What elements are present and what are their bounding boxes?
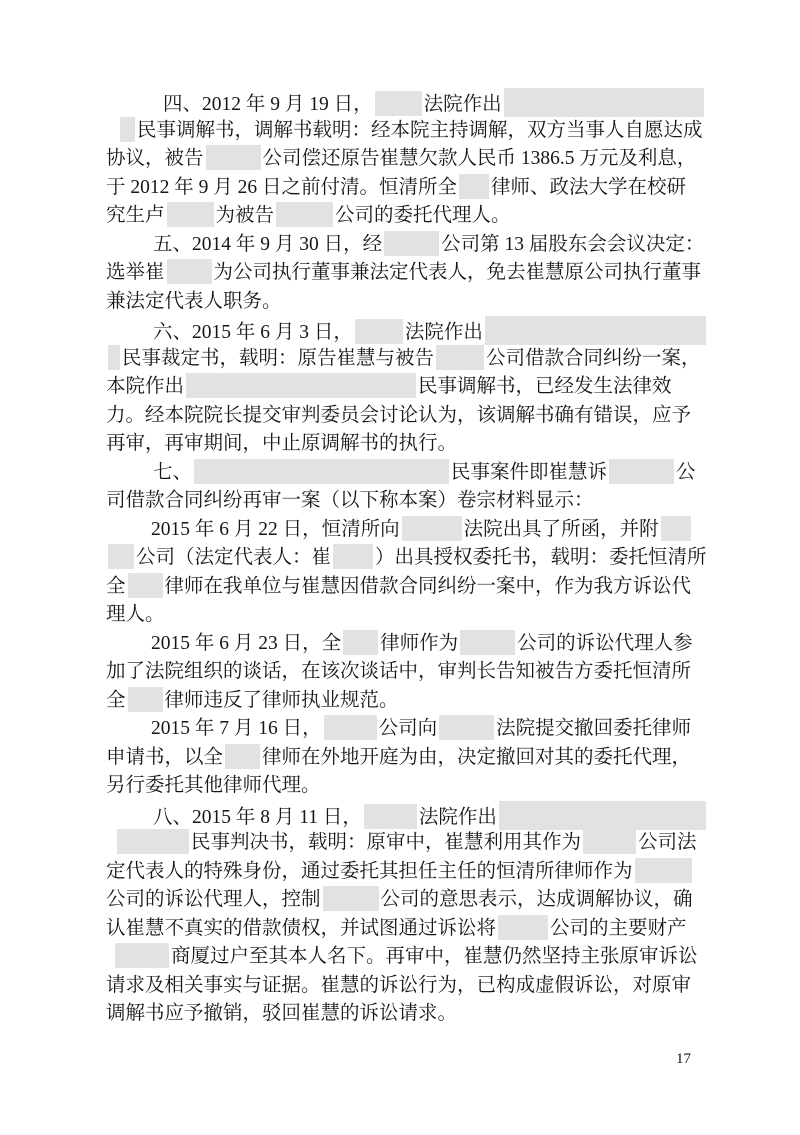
- text-segment: 公司法: [638, 832, 697, 853]
- redaction-box: [485, 316, 706, 345]
- text-line: 协议，被告公司偿还原告崔慧欠款人民币 1386.5 万元及利息，: [106, 145, 706, 174]
- text-segment: 认崔慧不真实的借款债权，并试图通过诉讼将: [106, 918, 496, 939]
- text-line: 请求及相关事实与证据。崔慧的诉讼行为，已构成虚假诉讼，对原审: [106, 972, 706, 1001]
- redaction-box: [439, 715, 494, 740]
- redaction-box: [167, 202, 214, 227]
- text-segment: 法院提交撤回委托律师: [496, 718, 691, 739]
- text-segment: 为公司执行董事兼法定代表人，免去崔慧原公司执行董事: [214, 262, 702, 283]
- redaction-box: [635, 858, 692, 883]
- text-segment: 2015 年 6 月 23 日，全: [151, 633, 341, 654]
- document-page: 四、2012 年 9 月 19 日，法院作出民事调解书，调解书载明：经本院主持调…: [0, 0, 800, 1135]
- redaction-box: [108, 544, 134, 569]
- text-segment: 公司向: [379, 718, 438, 739]
- text-segment: 公司的委托代理人。: [335, 205, 511, 226]
- text-segment: 民事判决书，载明：原审中，崔慧利用其作为: [191, 832, 581, 853]
- text-segment: 七、: [153, 462, 192, 483]
- redaction-box: [186, 373, 416, 398]
- text-segment: 申请书，以全: [106, 747, 223, 768]
- text-line: 另行委托其他律师代理。: [106, 772, 706, 801]
- document-body: 四、2012 年 9 月 19 日，法院作出民事调解书，调解书载明：经本院主持调…: [106, 88, 706, 1029]
- text-segment: 四、2012 年 9 月 19 日，: [163, 94, 373, 115]
- text-segment: 力。经本院院长提交审判委员会讨论认为，该调解书确有错误，应予: [106, 405, 691, 426]
- redaction-box: [225, 744, 260, 769]
- text-line: 民事裁定书，载明：原告崔慧与被告公司借款合同纠纷一案，: [106, 345, 706, 374]
- text-segment: 律师在我单位与崔慧因借款合同纠纷一案中，作为我方诉讼代: [165, 576, 692, 597]
- text-line: 七、民事案件即崔慧诉公: [106, 459, 706, 488]
- text-segment: 公司的诉讼代理人参: [517, 633, 693, 654]
- text-segment: 2015 年 7 月 16 日，: [151, 718, 322, 739]
- redaction-box: [333, 544, 373, 569]
- text-segment: 八、2015 年 8 月 11 日，: [153, 807, 362, 828]
- text-segment: 全: [106, 576, 126, 597]
- text-segment: 民事裁定书，载明：原告崔慧与被告: [122, 348, 434, 369]
- text-segment: 法院作出: [405, 322, 483, 343]
- text-line: 民事判决书，载明：原审中，崔慧利用其作为公司法: [106, 829, 706, 858]
- redaction-box: [384, 231, 439, 256]
- text-line: 力。经本院院长提交审判委员会讨论认为，该调解书确有错误，应予: [106, 402, 706, 431]
- text-segment: 民事案件即崔慧诉: [451, 462, 607, 483]
- text-line: 全律师在我单位与崔慧因借款合同纠纷一案中，作为我方诉讼代: [106, 573, 706, 602]
- text-line: 定代表人的特殊身份，通过委托其担任主任的恒清所律师作为: [106, 858, 706, 887]
- redaction-box: [128, 687, 163, 712]
- text-line: 八、2015 年 8 月 11 日，法院作出: [106, 801, 706, 830]
- redaction-box: [375, 91, 422, 116]
- text-segment: 法院出具了所函，并附: [464, 519, 659, 540]
- text-line: 再审，再审期间，中止原调解书的执行。: [106, 430, 706, 459]
- text-line: 公司的诉讼代理人，控制公司的意思表示，达成调解协议，确: [106, 886, 706, 915]
- text-segment: 调解书应予撤销，驳回崔慧的诉讼请求。: [106, 1003, 457, 1024]
- text-line: 六、2015 年 6 月 3 日，法院作出: [106, 316, 706, 345]
- redaction-box: [459, 174, 489, 199]
- text-segment: 公司偿还原告崔慧欠款人民币 1386.5 万元及利息，: [263, 148, 697, 169]
- text-line: 全律师违反了律师执业规范。: [106, 687, 706, 716]
- text-segment: 公司的诉讼代理人，控制: [106, 889, 321, 910]
- redaction-box: [609, 459, 674, 484]
- text-segment: 五、2014 年 9 月 30 日，经: [153, 234, 382, 255]
- text-segment: ）出具授权委托书，载明：委托恒清所: [375, 547, 706, 568]
- text-segment: 民事调解书，调解书载明：经本院主持调解，双方当事人自愿达成: [137, 120, 703, 141]
- redaction-box: [355, 319, 403, 344]
- redaction-box: [504, 88, 704, 117]
- redaction-box: [276, 202, 333, 227]
- text-segment: 理人。: [106, 604, 165, 625]
- text-segment: 再审，再审期间，中止原调解书的执行。: [106, 433, 457, 454]
- text-segment: 公司借款合同纠纷一案，: [486, 348, 701, 369]
- text-segment: 究生卢: [106, 205, 165, 226]
- text-line: 民事调解书，调解书载明：经本院主持调解，双方当事人自愿达成: [106, 117, 706, 146]
- text-segment: 民事调解书，已经发生法律效: [418, 376, 672, 397]
- text-line: 理人。: [106, 601, 706, 630]
- text-segment: 公: [676, 462, 696, 483]
- text-line: 究生卢为被告公司的委托代理人。: [106, 202, 706, 231]
- text-segment: 法院作出: [424, 94, 502, 115]
- text-line: 兼法定代表人职务。: [106, 288, 706, 317]
- redaction-box: [499, 801, 706, 830]
- redaction-box: [194, 459, 449, 484]
- redaction-box: [120, 117, 135, 142]
- text-segment: 选举崔: [106, 262, 165, 283]
- text-line: 调解书应予撤销，驳回崔慧的诉讼请求。: [106, 1000, 706, 1029]
- text-segment: 公司的主要财产: [550, 918, 687, 939]
- redaction-box: [206, 145, 261, 170]
- text-line: 加了法院组织的谈话，在该次谈话中，审判长告知被告方委托恒清所: [106, 658, 706, 687]
- text-segment: 2015 年 6 月 22 日，恒清所向: [151, 519, 400, 540]
- text-segment: 另行委托其他律师代理。: [106, 775, 321, 796]
- text-line: 五、2014 年 9 月 30 日，经公司第 13 届股东会会议决定：: [106, 231, 706, 260]
- text-segment: 律师作为: [380, 633, 458, 654]
- text-segment: 请求及相关事实与证据。崔慧的诉讼行为，已构成虚假诉讼，对原审: [106, 975, 691, 996]
- text-line: 2015 年 6 月 22 日，恒清所向法院出具了所函，并附: [106, 516, 706, 545]
- text-segment: 司借款合同纠纷再审一案（以下称本案）卷宗材料显示：: [106, 490, 594, 511]
- redaction-box: [364, 804, 417, 829]
- text-segment: 协议，被告: [106, 148, 204, 169]
- redaction-box: [324, 715, 377, 740]
- redaction-box: [402, 516, 462, 541]
- redaction-box: [498, 915, 548, 940]
- text-segment: 六、2015 年 6 月 3 日，: [153, 322, 353, 343]
- redaction-box: [343, 630, 378, 655]
- text-segment: 定代表人的特殊身份，通过委托其担任主任的恒清所律师作为: [106, 861, 633, 882]
- text-segment: 法院作出: [419, 807, 497, 828]
- text-line: 2015 年 7 月 16 日，公司向法院提交撤回委托律师: [106, 715, 706, 744]
- redaction-box: [117, 829, 189, 854]
- text-segment: 公司（法定代表人：崔: [136, 547, 331, 568]
- redaction-box: [115, 943, 169, 968]
- text-segment: 兼法定代表人职务。: [106, 291, 282, 312]
- redaction-box: [661, 516, 691, 541]
- text-segment: 商厦过户至其本人名下。再审中，崔慧仍然坚持主张原审诉讼: [171, 946, 698, 967]
- text-line: 四、2012 年 9 月 19 日，法院作出: [106, 88, 706, 117]
- text-segment: 为被告: [216, 205, 275, 226]
- text-line: 申请书，以全律师在外地开庭为由，决定撤回对其的委托代理，: [106, 744, 706, 773]
- text-segment: 律师在外地开庭为由，决定撤回对其的委托代理，: [262, 747, 691, 768]
- page-number: 17: [676, 1050, 691, 1068]
- redaction-box: [323, 886, 379, 911]
- text-line: 公司（法定代表人：崔）出具授权委托书，载明：委托恒清所: [106, 544, 706, 573]
- text-segment: 全: [106, 690, 126, 711]
- text-segment: 公司第 13 届股东会会议决定：: [441, 234, 704, 255]
- text-segment: 律师、政法大学在校研: [491, 177, 686, 198]
- text-line: 于 2012 年 9 月 26 日之前付清。恒清所全律师、政法大学在校研: [106, 174, 706, 203]
- text-segment: 公司的意思表示，达成调解协议，确: [381, 889, 693, 910]
- text-line: 本院作出民事调解书，已经发生法律效: [106, 373, 706, 402]
- redaction-box: [128, 573, 163, 598]
- redaction-box: [436, 345, 484, 370]
- text-segment: 律师违反了律师执业规范。: [165, 690, 399, 711]
- redaction-box: [108, 345, 120, 370]
- text-line: 司借款合同纠纷再审一案（以下称本案）卷宗材料显示：: [106, 487, 706, 516]
- text-line: 认崔慧不真实的借款债权，并试图通过诉讼将公司的主要财产: [106, 915, 706, 944]
- text-line: 2015 年 6 月 23 日，全律师作为公司的诉讼代理人参: [106, 630, 706, 659]
- redaction-box: [167, 259, 212, 284]
- text-segment: 加了法院组织的谈话，在该次谈话中，审判长告知被告方委托恒清所: [106, 661, 691, 682]
- redaction-box: [460, 630, 515, 655]
- redaction-box: [583, 829, 636, 854]
- text-segment: 于 2012 年 9 月 26 日之前付清。恒清所全: [106, 177, 457, 198]
- text-line: 商厦过户至其本人名下。再审中，崔慧仍然坚持主张原审诉讼: [106, 943, 706, 972]
- text-segment: 本院作出: [106, 376, 184, 397]
- text-line: 选举崔为公司执行董事兼法定代表人，免去崔慧原公司执行董事: [106, 259, 706, 288]
